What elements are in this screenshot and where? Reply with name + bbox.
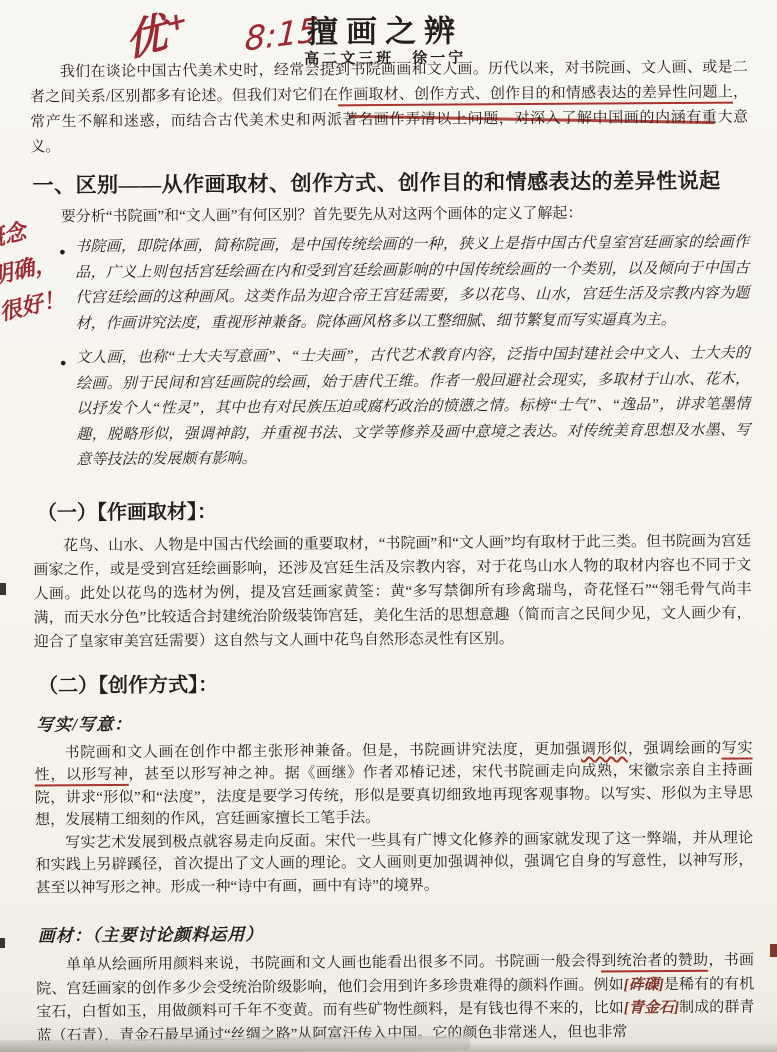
red-underlined-phrase: 作画取材、创作方式、创作目的和情感表达的差异性问题上 (338, 85, 733, 107)
bullet-text: 书院画，即院体画，简称院画，是中国传统绘画的一种，狭义上是指中国古代皇室宫廷画家… (75, 230, 750, 337)
red-wavy-underlined-phrase: 调形似 (581, 741, 628, 757)
pigment-paragraph: 单单从绘画所用颜料来说，书院画和文人画也能看出很多不同。书院画一般会得到统治者的… (36, 949, 755, 1048)
intro-paragraph: 我们在谈论中国古代美术史时，经常会提到书院画画和文人画。历代以来，对书院画、文人… (30, 55, 749, 160)
page-content: 优⁺ 8:15 擅画之辨 高二文三班 徐一宁 概念 明确， 很好！ 我们在谈论中… (0, 0, 777, 1052)
scan-edge-mark (0, 938, 5, 948)
body-text: ，强调绘画的 (628, 740, 722, 757)
realism-paragraph: 书院画和文人画在创作中都主张形神兼备。但是，书院画讲究法度，更加强调形似，强调绘… (34, 737, 753, 832)
body-text: ，甚至以形写神之神。据《画继》作者邓椿记述，宋代书院画走向成熟，宋徽宗亲自主持画… (35, 762, 753, 828)
body-text: 书院画和文人画在创作中都主张形神兼备。但是，书院画讲究法度，更加强 (65, 741, 582, 761)
bullet-icon: ● (32, 346, 77, 474)
lead-in-line: 要分析“书院画”和“文人画”有何区别？首先要先从对这两个画体的定义了解起： (31, 200, 749, 230)
subsection-1-heading: （一）【作画取材】： (37, 491, 751, 525)
definition-bullet-shuyuanhua: ● 书院画，即院体画，简称院画，是中国传统绘画的一种，狭义上是指中国古代皇室宫廷… (31, 230, 750, 337)
bullet-text: 文人画，也称“士大夫写意画”、“士夫画”，古代艺术教育内容，泛指中国封建社会中文… (76, 341, 751, 473)
material-topic-label: 画材：（主要讨论颜料运用） (38, 916, 754, 946)
bullet-icon: ● (31, 235, 76, 337)
section-1-heading: 一、区别——从作画取材、创作方式、创作目的和情感表达的差异性说起 (33, 164, 749, 199)
scan-edge-mark (770, 944, 777, 957)
scan-edge-mark (0, 583, 6, 595)
red-handwritten-insert: [砗磲] (624, 977, 664, 993)
subsection-2-heading: （二）【创作方式】： (38, 664, 752, 698)
xieyi-paragraph: 写实艺术发展到极点就容易走向反面。宋代一些具有广博文化修养的画家就发现了这一弊端… (35, 827, 753, 900)
red-underlined-phrase: 到统治者的赞助 (601, 953, 708, 973)
scanned-essay-page: 优⁺ 8:15 擅画之辨 高二文三班 徐一宁 概念 明确， 很好！ 我们在谈论中… (0, 0, 777, 1052)
style-topic-label: 写实/写意： (36, 705, 752, 735)
body-text: 单单从绘画所用颜料来说，书院画和文人画也能看出很多不同。书院画一般会得 (66, 954, 601, 974)
essay-body-column: 我们在谈论中国古代美术史时，经常会提到书院画画和文人画。历代以来，对书院画、文人… (30, 55, 755, 1048)
subsection-1-paragraph: 花鸟、山水、人物是中国古代绘画的重要取材，“书院画”和“文人画”均有取材于此三类… (33, 529, 752, 654)
definition-bullet-wenrenhua: ● 文人画，也称“士大夫写意画”、“士夫画”，古代艺术教育内容，泛指中国封建社会… (32, 341, 751, 474)
red-handwritten-insert: [青金石] (624, 1000, 679, 1016)
scan-bottom-gradient (0, 1042, 777, 1052)
